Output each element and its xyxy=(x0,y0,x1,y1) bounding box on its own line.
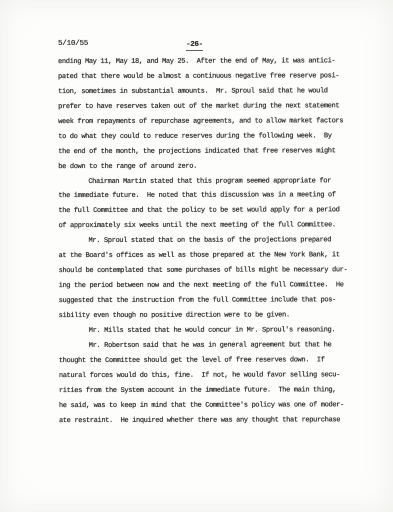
text-line: be down to the range of around zero. xyxy=(58,159,358,175)
text-line: sibility even though no positive directi… xyxy=(59,308,359,324)
text-line: suggested that the instruction from the … xyxy=(59,293,359,309)
paragraph-mr-robertson: Mr. Robertson said that he was in genera… xyxy=(59,338,359,428)
text-line: ing the period between now and the next … xyxy=(59,278,359,294)
text-line: week from repayments of repurchase agree… xyxy=(58,114,358,130)
text-line: Mr. Robertson said that he was in genera… xyxy=(59,338,359,354)
text-line: Chairman Martin stated that this program… xyxy=(58,174,358,190)
text-line: of approximately six weeks until the nex… xyxy=(58,219,358,235)
text-line: should be contemplated that some purchas… xyxy=(59,263,359,279)
text-line: at the Board's offices as well as those … xyxy=(59,248,359,264)
text-line: he said, was to keep in mind that the Co… xyxy=(59,398,359,414)
text-line: natural forces would do this, fine. If n… xyxy=(59,368,359,384)
text-line: the immediate future. He noted that this… xyxy=(58,189,358,205)
paragraph-mr-mills: Mr. Mills stated that he would concur in… xyxy=(59,323,359,339)
text-line: prefer to have reserves taken out of the… xyxy=(58,99,358,115)
document-body: ending May 11, May 18, and May 25. After… xyxy=(58,54,359,428)
text-line: thought the Committee should get the lev… xyxy=(59,353,359,369)
text-line: pated that there would be almost a conti… xyxy=(58,69,358,85)
text-line: Mr. Sproul stated that on the basis of t… xyxy=(58,233,358,249)
text-line: ate restraint. He inquired whether there… xyxy=(59,413,359,429)
document-page: 5/10/55 -26- ending May 11, May 18, and … xyxy=(0,0,393,512)
text-line: rities from the System account in the im… xyxy=(59,383,359,399)
paragraph-mr-sproul: Mr. Sproul stated that on the basis of t… xyxy=(58,233,358,323)
text-line: Mr. Mills stated that he would concur in… xyxy=(59,323,359,339)
paragraph-chairman-martin: Chairman Martin stated that this program… xyxy=(58,174,358,235)
paragraph-continuation: ending May 11, May 18, and May 25. After… xyxy=(58,54,358,174)
text-line: to do what they could to reduce reserves… xyxy=(58,129,358,145)
text-line: the full Committee and that the policy t… xyxy=(58,204,358,220)
text-line: tion, sometimes in substantial amounts. … xyxy=(58,84,358,100)
header-date: 5/10/55 xyxy=(58,40,88,48)
text-line: ending May 11, May 18, and May 25. After… xyxy=(58,54,358,70)
text-line: the end of the month, the projections in… xyxy=(58,144,358,160)
page-number: -26- xyxy=(186,41,203,51)
